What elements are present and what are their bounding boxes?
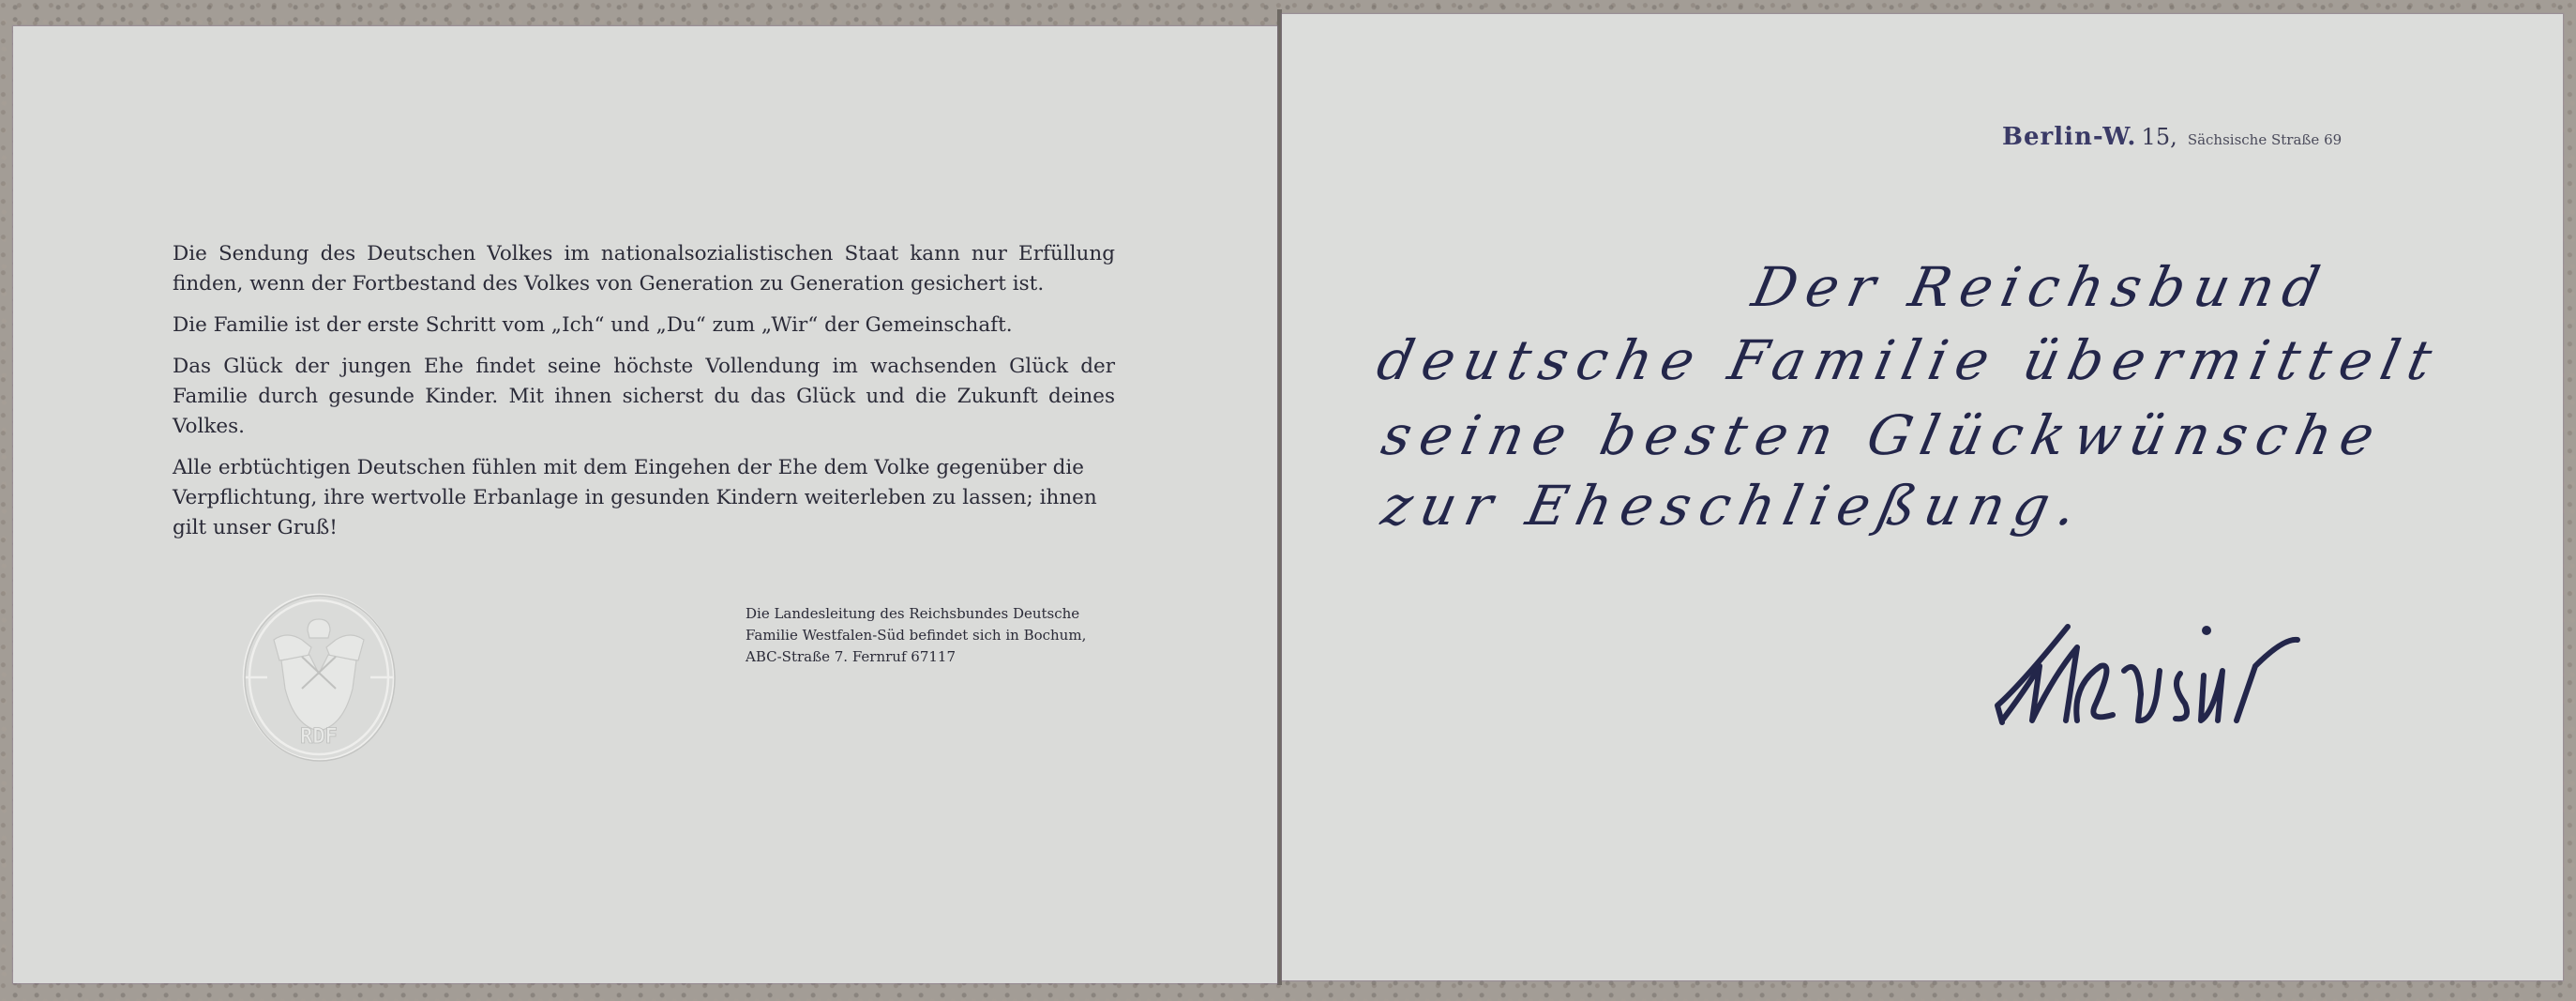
intro-paragraph: Das Glück der jungen Ehe findet seine hö… <box>173 352 1115 442</box>
letterhead-district: 15, <box>2142 124 2177 150</box>
handwritten-line: seine besten Glückwünsche <box>1377 403 2389 467</box>
office-note-line: Familie Westfalen-Süd befindet sich in B… <box>746 625 1121 646</box>
letterhead-address: Berlin-W. 15, Sächsische Straße 69 <box>2002 123 2342 151</box>
intro-paragraph: Die Familie ist der erste Schritt vom „I… <box>173 311 1115 341</box>
signature: Maiser <box>1983 600 2321 732</box>
intro-paragraph: Alle erbtüchtigen Deutschen fühlen mit d… <box>173 453 1115 543</box>
handwritten-line: zur Eheschließung. <box>1377 474 2092 538</box>
office-note-line: Die Landesleitung des Reichsbundes Deuts… <box>746 603 1121 625</box>
office-address-note: Die Landesleitung des Reichsbundes Deuts… <box>746 603 1121 668</box>
signature-scribble-icon <box>1983 600 2321 732</box>
letterhead-street: Sächsische Straße 69 <box>2188 131 2342 148</box>
embossed-eagle-seal-icon: RDF <box>225 584 413 771</box>
letterhead-city: Berlin-W. <box>2002 123 2136 151</box>
handwritten-line: Der Reichsbund <box>1747 255 2335 319</box>
office-note-line: ABC-Straße 7. Fernruf 67117 <box>746 646 1121 668</box>
intro-text-block: Die Sendung des Deutschen Volkes im nati… <box>173 239 1115 554</box>
svg-text:RDF: RDF <box>300 725 338 749</box>
handwritten-line: deutsche Familie übermittelt <box>1372 328 2447 392</box>
intro-paragraph: Die Sendung des Deutschen Volkes im nati… <box>173 239 1115 299</box>
